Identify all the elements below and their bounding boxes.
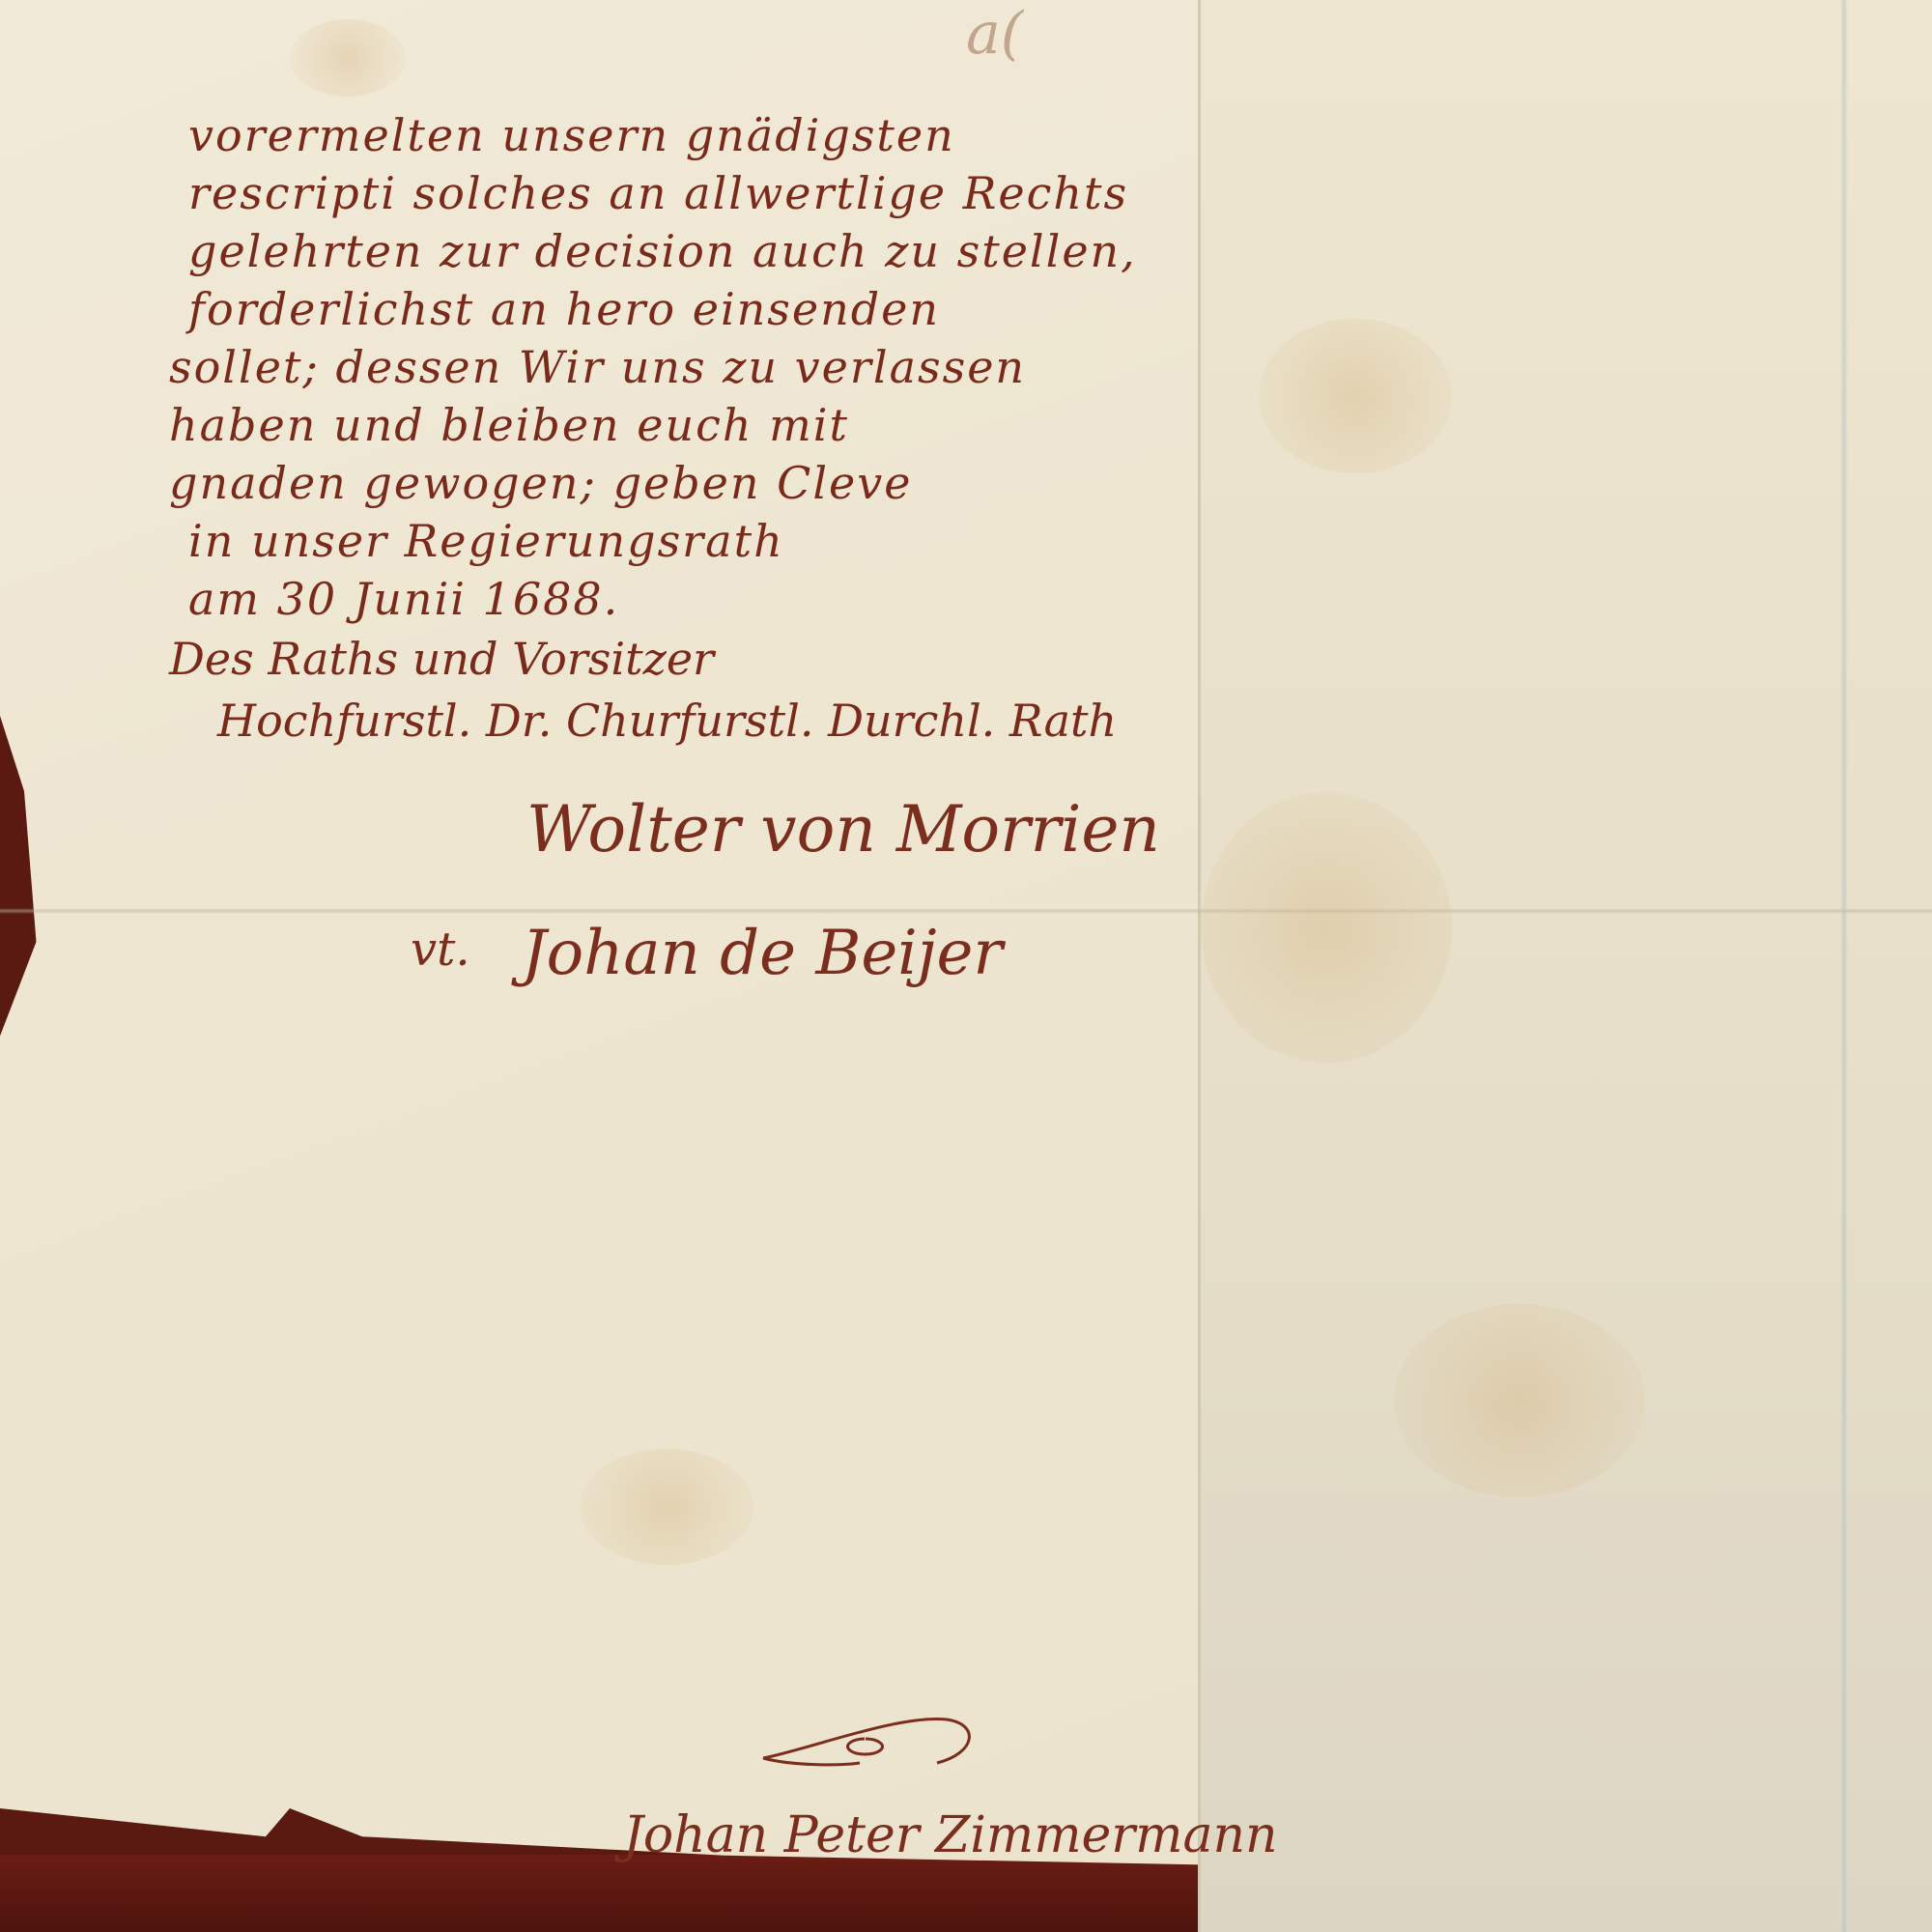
signature-wolter-von-morrien: Wolter von Morrien xyxy=(526,792,1160,867)
body-line: rescripti solches an allwertlige Rechts xyxy=(169,164,1193,222)
paper-stain xyxy=(580,1449,753,1565)
body-line: forderlichst an hero einsenden xyxy=(169,280,1193,338)
paper-stain xyxy=(1259,319,1452,473)
date-line: am 30 Junii 1688. xyxy=(169,570,1193,628)
body-line: haben und bleiben euch mit xyxy=(169,396,1193,454)
body-line: vorermelten unsern gnädigsten xyxy=(169,106,1193,164)
paper-stain xyxy=(1394,1304,1645,1497)
signature-flourish-icon xyxy=(753,1710,985,1777)
signature-johan-peter-zimmermann: Johan Peter Zimmermann xyxy=(623,1806,1277,1864)
vertical-fold-crease xyxy=(1840,0,1848,1932)
body-line: gelehrten zur decision auch zu stellen, xyxy=(169,222,1193,280)
paper-stain xyxy=(1201,792,1452,1063)
paper-stain xyxy=(290,19,406,97)
signature-prefix: vt. xyxy=(411,923,470,977)
signature-johan-de-beijer: Johan de Beijer xyxy=(522,918,1003,989)
letter-body: vorermelten unsern gnädigsten rescripti … xyxy=(169,106,1193,752)
horizontal-fold-crease xyxy=(0,908,1932,914)
body-line: sollet; dessen Wir uns zu verlassen xyxy=(169,338,1193,396)
top-margin-mark: a( xyxy=(966,0,1023,68)
closing-line: Des Raths und Vorsitzer xyxy=(169,628,1193,690)
right-page xyxy=(1198,0,1932,1932)
closing-line: Hochfurstl. Dr. Churfurstl. Durchl. Rath xyxy=(169,690,1193,752)
body-line: gnaden gewogen; geben Cleve xyxy=(169,454,1193,512)
body-line: in unser Regierungsrath xyxy=(169,512,1193,570)
